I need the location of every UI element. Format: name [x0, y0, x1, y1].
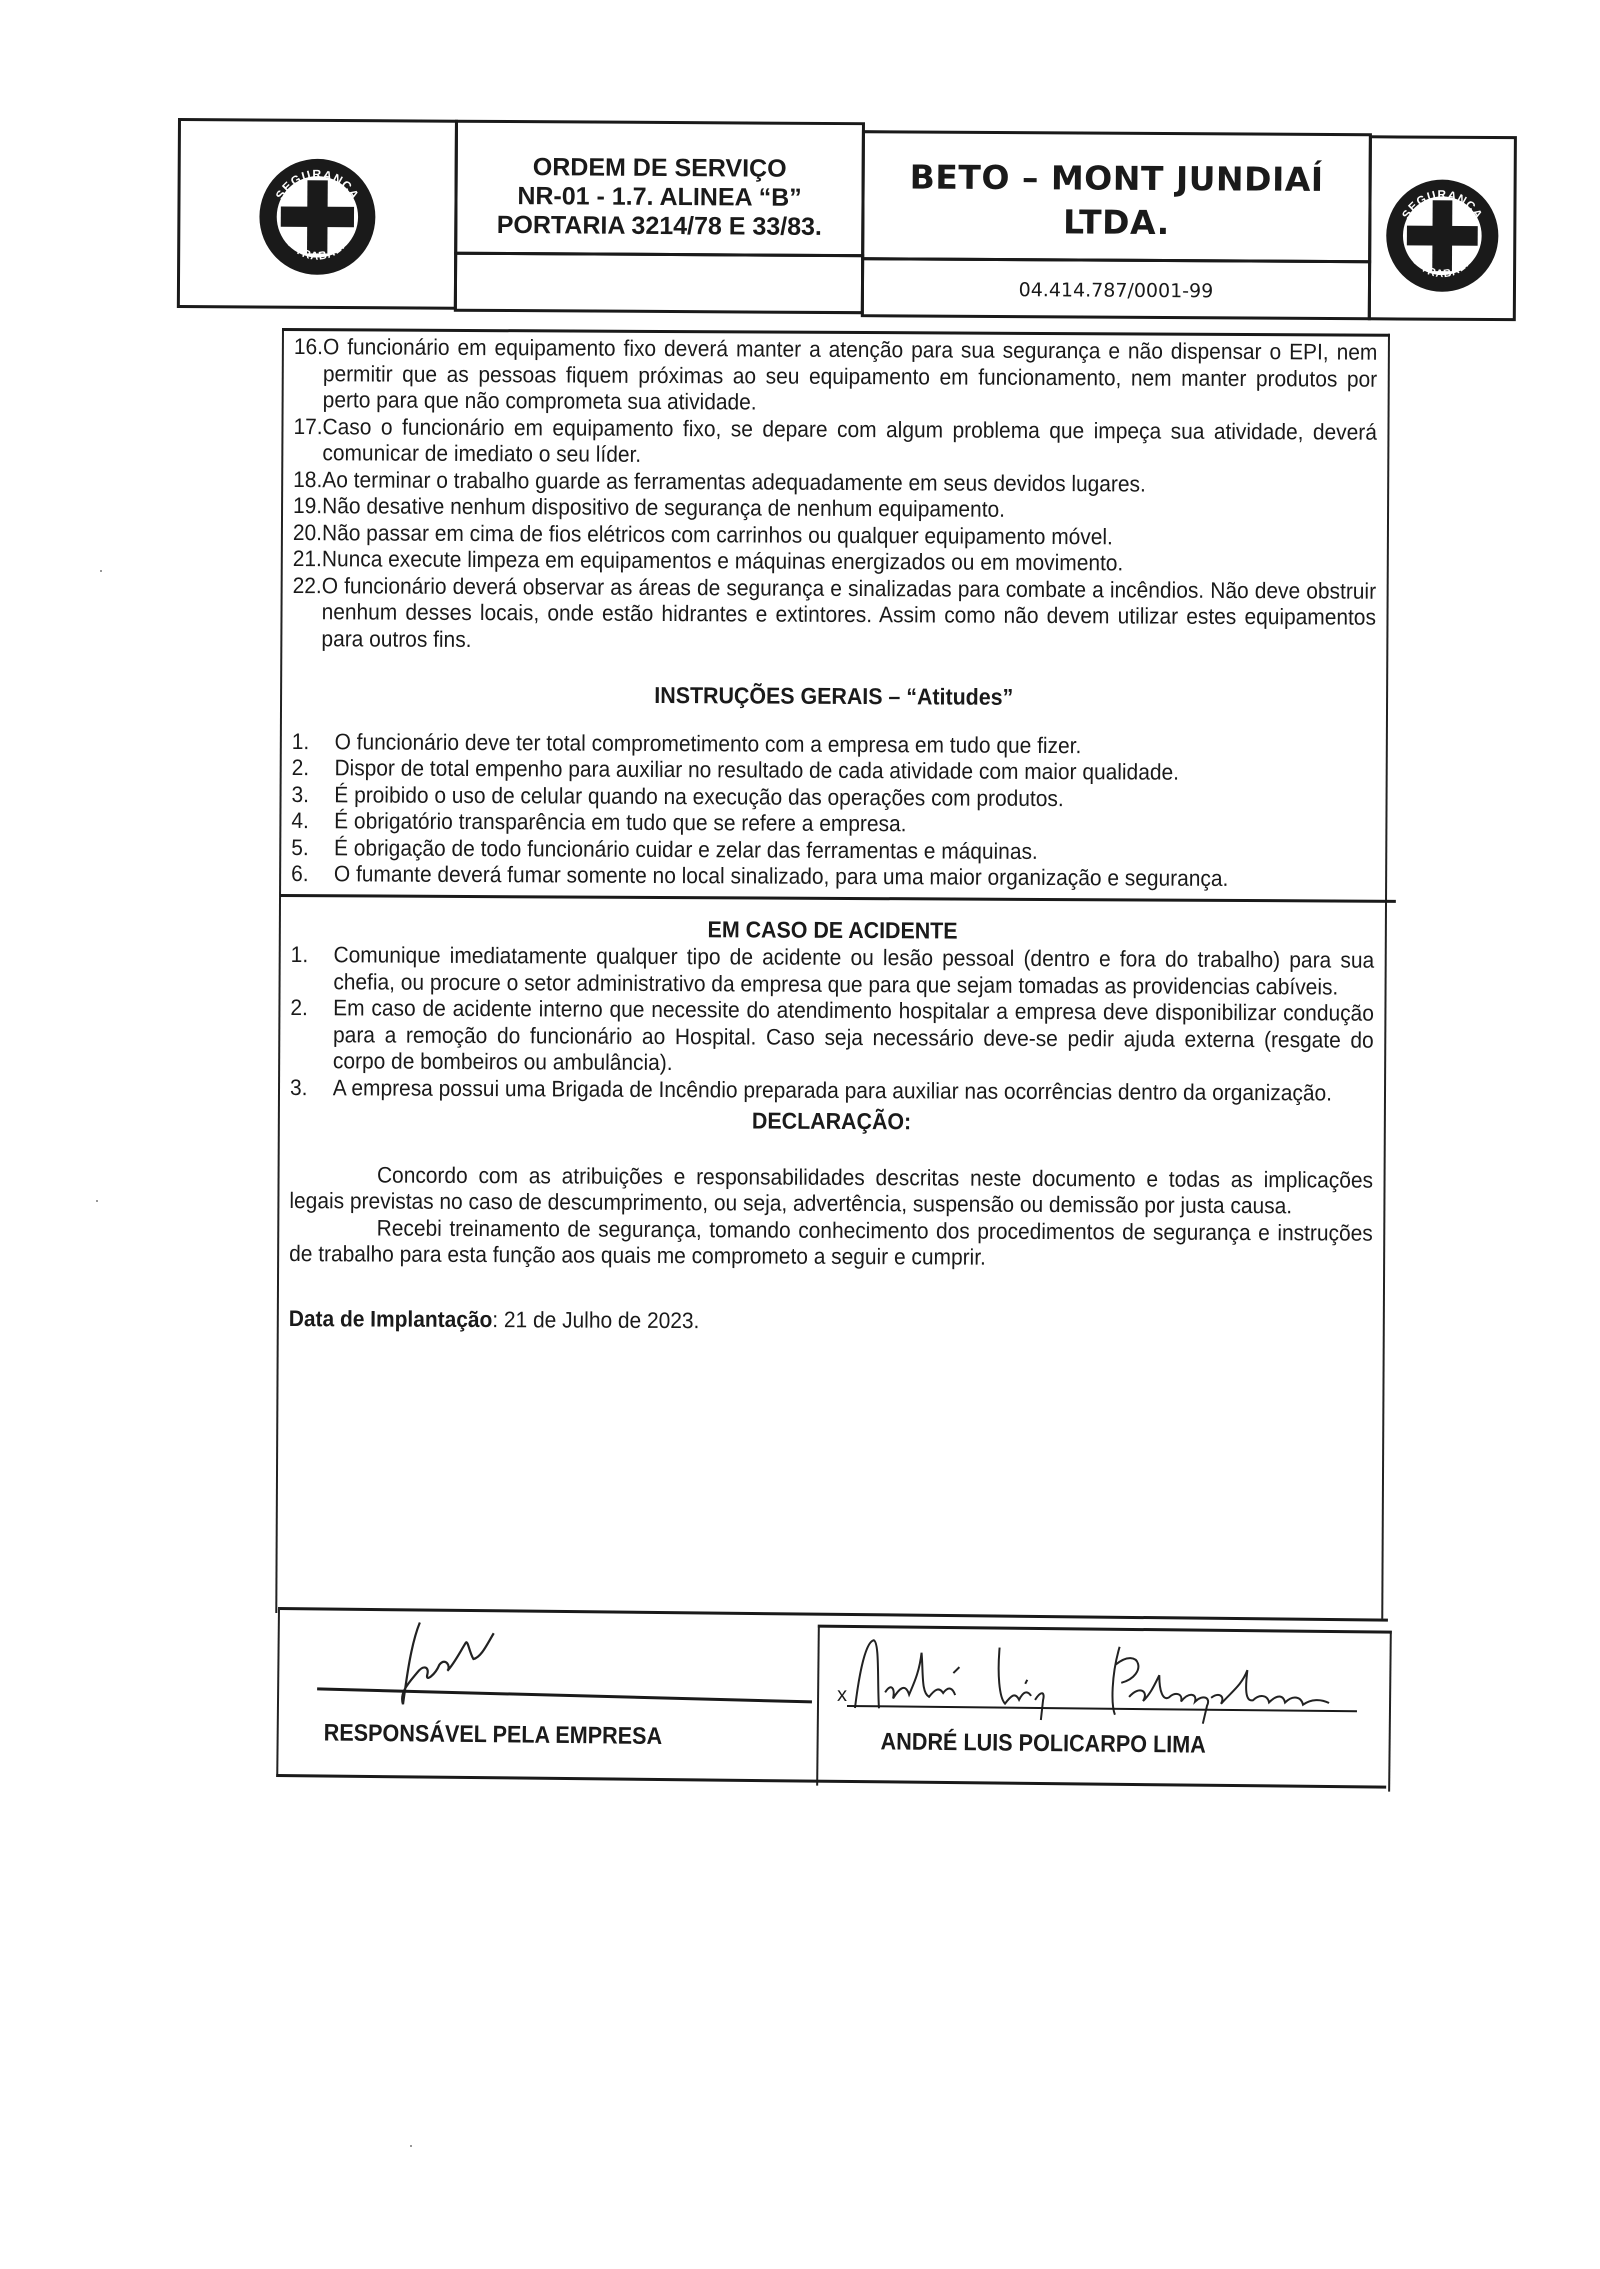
company-cell: BETO – MONT JUNDIAÍ LTDA.: [861, 130, 1372, 263]
rule-item: 17.Caso o funcionário em equipamento fix…: [293, 414, 1377, 473]
document-body: 16.O funcionário em equipamento fixo dev…: [275, 328, 1390, 1619]
rules-list: 16.O funcionário em equipamento fixo dev…: [292, 334, 1377, 658]
company-cnpj: 04.414.787/0001-99: [864, 260, 1368, 303]
accident-item: 2.Em caso de acidente interno que necess…: [290, 995, 1374, 1080]
accident-list: 1.Comunique imediatamente qualquer tipo …: [290, 942, 1374, 1107]
rule-item: 16.O funcionário em equipamento fixo dev…: [294, 334, 1378, 419]
document-header: SEGURANÇA DO TRABALHO ORDEM DE SERVIÇO N…: [177, 118, 1520, 338]
scan-speck: [100, 570, 102, 572]
document-title: ORDEM DE SERVIÇO NR-01 - 1.7. ALINEA “B”…: [457, 123, 862, 242]
logo-cell-right: SEGURANÇA DO TRABALHO: [1368, 135, 1517, 321]
accident-item: 1.Comunique imediatamente qualquer tipo …: [291, 942, 1375, 1001]
company-name: BETO – MONT JUNDIAÍ LTDA.: [864, 133, 1369, 246]
general-instructions-title: INSTRUÇÕES GERAIS – “Atitudes”: [292, 680, 1376, 712]
general-instructions-list: 1.O funcionário deve ter total compromet…: [291, 729, 1375, 894]
title-cell: ORDEM DE SERVIÇO NR-01 - 1.7. ALINEA “B”…: [454, 120, 865, 258]
logo-cell-left: SEGURANÇA DO TRABALHO: [177, 118, 458, 310]
implementation-date: Data de Implantação: 21 de Julho de 2023…: [289, 1306, 1373, 1338]
signature-scribble-icon: [849, 1632, 1370, 1727]
document-page: SEGURANÇA DO TRABALHO ORDEM DE SERVIÇO N…: [0, 0, 1600, 2269]
scan-speck: [96, 1200, 98, 1202]
scan-speck: [410, 2145, 412, 2147]
date-label: Data de Implantação: [289, 1306, 493, 1332]
accident-item: 3.A empresa possui uma Brigada de Incênd…: [290, 1075, 1374, 1107]
date-value: : 21 de Julho de 2023.: [492, 1307, 699, 1333]
company-signature-cell: RESPONSÁVEL PELA EMPRESA: [276, 1607, 820, 1783]
safety-cross-logo-icon: SEGURANÇA DO TRABALHO: [256, 155, 379, 278]
signature-x-mark: x: [837, 1684, 847, 1707]
section-divider: [280, 893, 1396, 902]
declaration-paragraph: Concordo com as atribuições e responsabi…: [289, 1162, 1373, 1221]
declaration-paragraph: Recebi treinamento de segurança, tomando…: [289, 1215, 1373, 1274]
body-content: 16.O funcionário em equipamento fixo dev…: [289, 334, 1378, 1338]
employee-signature-cell: x ANDRÉ LUIS POLICARPO LIMA: [816, 1625, 1392, 1792]
employee-name-label: ANDRÉ LUIS POLICARPO LIMA: [880, 1728, 1205, 1759]
signature-block: RESPONSÁVEL PELA EMPRESA x ANDRÉ LUIS PO…: [276, 1607, 1388, 1789]
safety-cross-logo-icon: SEGURANÇA DO TRABALHO: [1383, 176, 1502, 295]
signature-scribble-icon: [389, 1612, 520, 1713]
declaration-title: DECLARAÇÃO:: [290, 1105, 1374, 1137]
company-responsible-label: RESPONSÁVEL PELA EMPRESA: [324, 1719, 663, 1751]
title-sub-cell: [454, 252, 864, 315]
rule-item: 22.O funcionário deverá observar as área…: [292, 573, 1376, 658]
cnpj-cell: 04.414.787/0001-99: [861, 257, 1371, 320]
